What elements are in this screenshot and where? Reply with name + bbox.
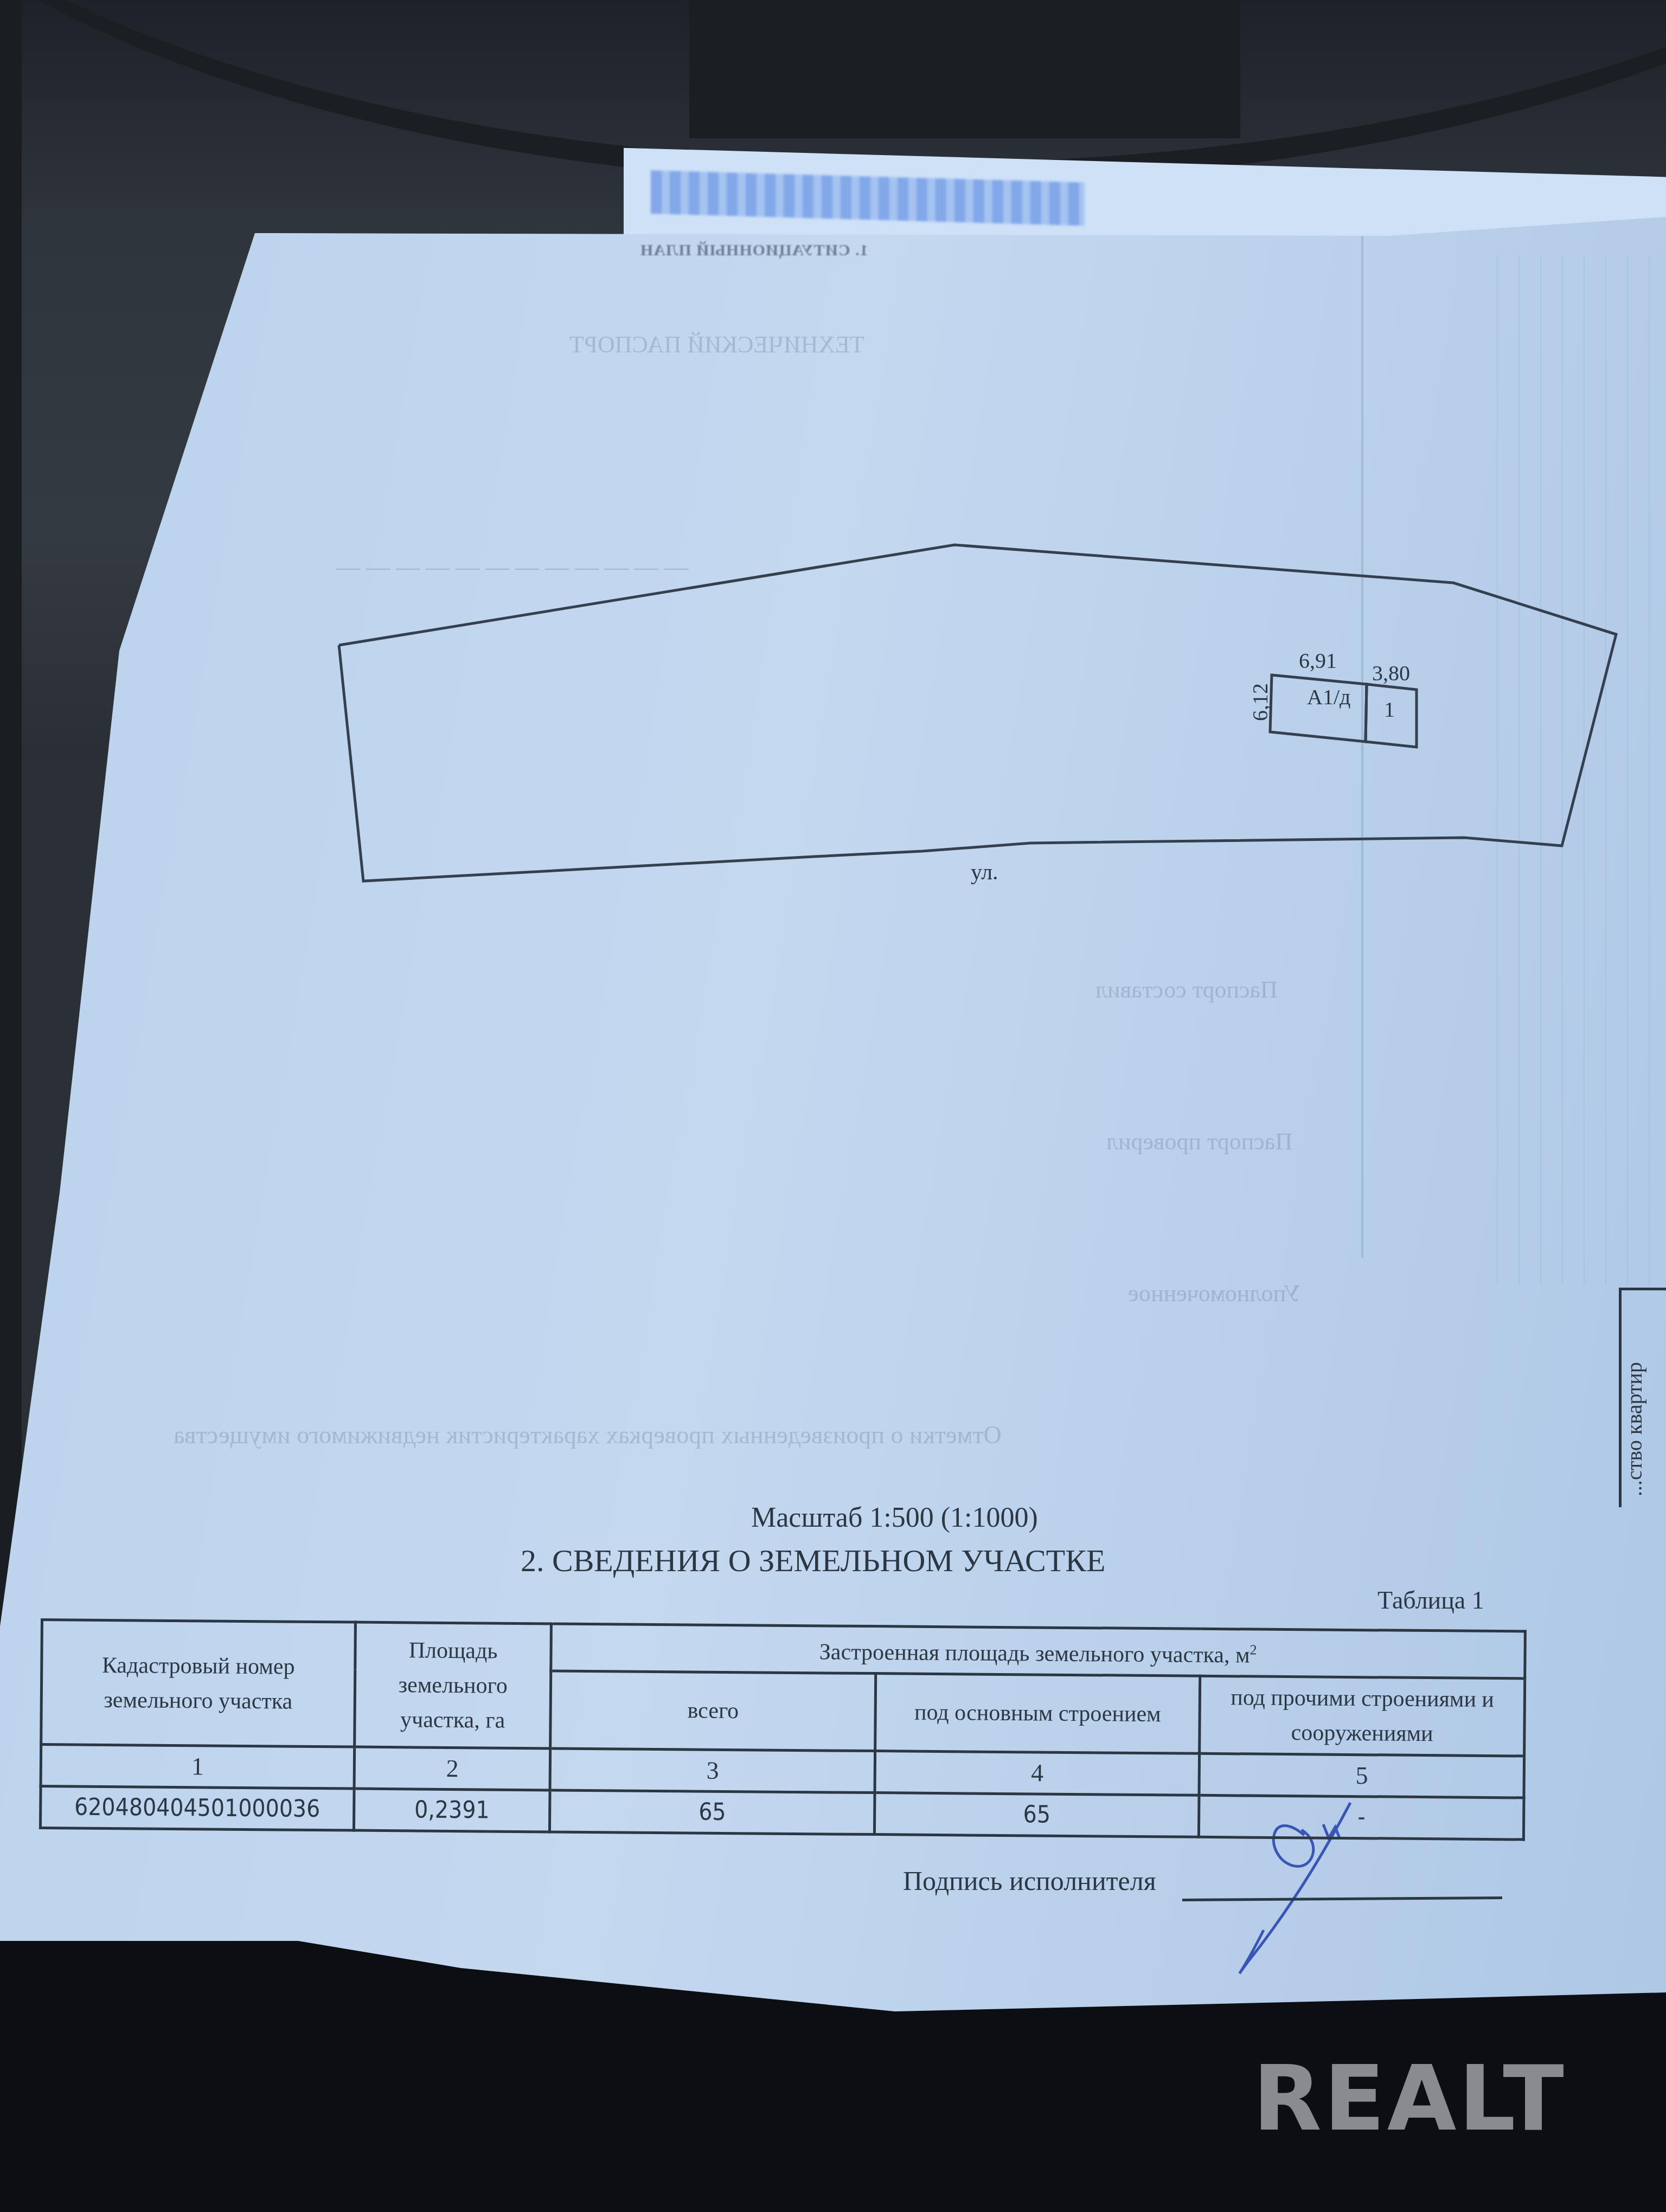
header-built-area: Застроенная площадь земельного участка, …: [551, 1624, 1525, 1679]
header-built-area-text: Застроенная площадь земельного участка, …: [819, 1639, 1250, 1668]
cell-land-area: 0,2391: [354, 1789, 550, 1832]
dimension-top-left: 6,91: [1299, 648, 1337, 673]
outbuilding-label: 1: [1384, 697, 1395, 722]
dimension-top-right: 3,80: [1372, 660, 1410, 686]
side-table-label: ...ство квартир: [1622, 1362, 1647, 1496]
column-number: 2: [354, 1747, 550, 1790]
cell-under-main: 65: [874, 1793, 1199, 1837]
street-label: ул.: [971, 859, 998, 885]
cell-total: 65: [550, 1790, 875, 1835]
blue-stamp: [651, 170, 1085, 226]
scale-label: Масштаб 1:500 (1:1000): [751, 1502, 1038, 1534]
header-cadastral-number: Кадастровый номер земельного участка: [41, 1620, 356, 1747]
column-number: 5: [1199, 1753, 1524, 1798]
land-plot-table: Кадастровый номер земельного участка Пло…: [39, 1618, 1527, 1841]
site-plan-drawing: [0, 0, 1666, 2212]
building-label: А1/д: [1307, 684, 1350, 710]
cell-cadastral-number: 620480404501000036: [40, 1786, 354, 1831]
table-label: Таблица 1: [1377, 1586, 1484, 1615]
document-page: ТЕХНИЧЕСКИЙ ПАСПОРТ — — — — — — — — — — …: [0, 0, 1666, 2212]
header-under-main: под основным строением: [875, 1674, 1201, 1754]
cell-under-other: -: [1199, 1795, 1524, 1840]
header-built-area-unit: 2: [1250, 1642, 1257, 1658]
dimension-side: 6,12: [1247, 683, 1273, 721]
signature-label: Подпись исполнителя: [903, 1865, 1156, 1896]
column-number: 4: [875, 1751, 1200, 1796]
section-title: 2. СВЕДЕНИЯ О ЗЕМЕЛЬНОМ УЧАСТКЕ: [521, 1542, 1105, 1579]
column-number: 3: [550, 1748, 875, 1793]
land-plot-boundary: [339, 545, 1616, 881]
header-land-area: Площадь земельного участка, га: [355, 1622, 552, 1748]
header-total: всего: [550, 1671, 876, 1751]
column-number: 1: [41, 1745, 354, 1789]
header-under-other: под прочими строениями и сооружениями: [1200, 1676, 1525, 1756]
realt-watermark-logo: REALT: [1253, 2047, 1566, 2151]
